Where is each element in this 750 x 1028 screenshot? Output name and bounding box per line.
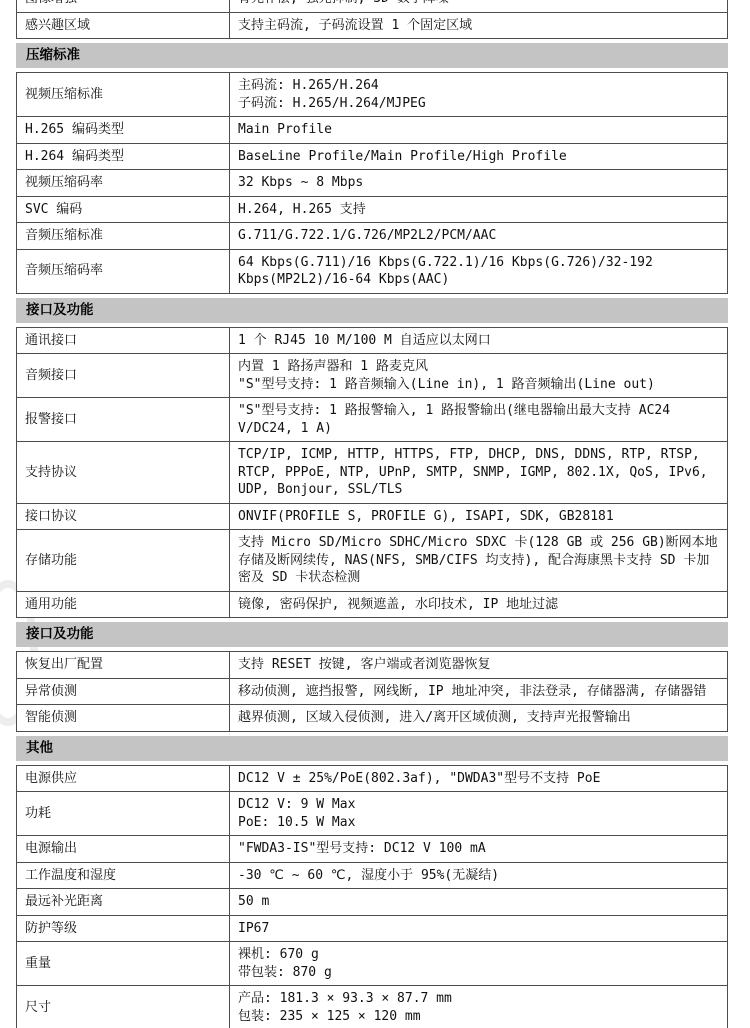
spec-value: 越界侦测, 区域入侵侦测, 进入/离开区域侦测, 支持声光报警输出 [230,705,728,732]
spec-value: ONVIF(PROFILE S, PROFILE G), ISAPI, SDK,… [230,503,728,530]
table-row: 恢复出厂配置支持 RESET 按键, 客户端或者浏览器恢复 [17,652,728,679]
spec-value: "FWDA3-IS"型号支持: DC12 V 100 mA [230,836,728,863]
table-row: 图像增强背光补偿, 强光抑制, 3D 数字降噪 [17,0,728,12]
spec-label: 功耗 [17,792,230,836]
table-row: 存储功能支持 Micro SD/Micro SDHC/Micro SDXC 卡(… [17,530,728,592]
spec-label: 报警接口 [17,398,230,442]
table-row: 音频压缩标准G.711/G.722.1/G.726/MP2L2/PCM/AAC [17,223,728,250]
spec-section-table: 通讯接口1 个 RJ45 10 M/100 M 自适应以太网口音频接口内置 1 … [16,327,728,619]
spec-label: 感兴趣区域 [17,12,230,39]
table-row: SVC 编码H.264, H.265 支持 [17,196,728,223]
table-row: 报警接口"S"型号支持: 1 路报警输入, 1 路报警输出(继电器输出最大支持 … [17,398,728,442]
table-row: 电源供应DC12 V ± 25%/PoE(802.3af), "DWDA3"型号… [17,765,728,792]
spec-section-table: 电源供应DC12 V ± 25%/PoE(802.3af), "DWDA3"型号… [16,765,728,1028]
spec-value: 32 Kbps ~ 8 Mbps [230,170,728,197]
spec-section-table: 恢复出厂配置支持 RESET 按键, 客户端或者浏览器恢复异常侦测移动侦测, 遮… [16,651,728,732]
spec-value: 内置 1 路扬声器和 1 路麦克风 "S"型号支持: 1 路音频输入(Line … [230,354,728,398]
table-row: 视频压缩码率32 Kbps ~ 8 Mbps [17,170,728,197]
table-row: 通讯接口1 个 RJ45 10 M/100 M 自适应以太网口 [17,327,728,354]
spec-value: 1 个 RJ45 10 M/100 M 自适应以太网口 [230,327,728,354]
table-row: 尺寸产品: 181.3 × 93.3 × 87.7 mm 包装: 235 × 1… [17,986,728,1028]
spec-label: SVC 编码 [17,196,230,223]
spec-label: 异常侦测 [17,678,230,705]
spec-value: DC12 V ± 25%/PoE(802.3af), "DWDA3"型号不支持 … [230,765,728,792]
table-row: 智能侦测越界侦测, 区域入侵侦测, 进入/离开区域侦测, 支持声光报警输出 [17,705,728,732]
table-row: 电源输出"FWDA3-IS"型号支持: DC12 V 100 mA [17,836,728,863]
spec-label: 图像增强 [17,0,230,12]
spec-value: DC12 V: 9 W Max PoE: 10.5 W Max [230,792,728,836]
spec-value: TCP/IP, ICMP, HTTP, HTTPS, FTP, DHCP, DN… [230,442,728,504]
spec-value: 64 Kbps(G.711)/16 Kbps(G.722.1)/16 Kbps(… [230,249,728,293]
table-row: 工作温度和湿度-30 ℃ ~ 60 ℃, 湿度小于 95%(无凝结) [17,862,728,889]
spec-value: 支持主码流, 子码流设置 1 个固定区域 [230,12,728,39]
spec-value: 50 m [230,889,728,916]
spec-label: 尺寸 [17,986,230,1028]
spec-label: 防护等级 [17,915,230,942]
spec-label: 电源输出 [17,836,230,863]
spec-table: 图像增强背光补偿, 强光抑制, 3D 数字降噪感兴趣区域支持主码流, 子码流设置… [16,0,728,1028]
table-row: 通用功能镜像, 密码保护, 视频遮盖, 水印技术, IP 地址过滤 [17,591,728,618]
table-row: 接口协议ONVIF(PROFILE S, PROFILE G), ISAPI, … [17,503,728,530]
clipped-row-region: 图像增强背光补偿, 强光抑制, 3D 数字降噪感兴趣区域支持主码流, 子码流设置… [16,0,728,39]
spec-label: 视频压缩标准 [17,73,230,117]
spec-value: 支持 RESET 按键, 客户端或者浏览器恢复 [230,652,728,679]
spec-label: 最远补光距离 [17,889,230,916]
spec-value: -30 ℃ ~ 60 ℃, 湿度小于 95%(无凝结) [230,862,728,889]
spec-label: 音频压缩码率 [17,249,230,293]
spec-value: Main Profile [230,117,728,144]
spec-label: 视频压缩码率 [17,170,230,197]
spec-label: 通用功能 [17,591,230,618]
section-header: 压缩标准 [16,43,728,68]
spec-value: G.711/G.722.1/G.726/MP2L2/PCM/AAC [230,223,728,250]
spec-label: 支持协议 [17,442,230,504]
table-row: 功耗DC12 V: 9 W Max PoE: 10.5 W Max [17,792,728,836]
spec-label: H.264 编码类型 [17,143,230,170]
spec-value: 镜像, 密码保护, 视频遮盖, 水印技术, IP 地址过滤 [230,591,728,618]
table-row: 防护等级IP67 [17,915,728,942]
table-row: 音频压缩码率64 Kbps(G.711)/16 Kbps(G.722.1)/16… [17,249,728,293]
table-row: 异常侦测移动侦测, 遮挡报警, 网线断, IP 地址冲突, 非法登录, 存储器满… [17,678,728,705]
table-row: H.265 编码类型Main Profile [17,117,728,144]
spec-label: 工作温度和湿度 [17,862,230,889]
spec-section-table: 图像增强背光补偿, 强光抑制, 3D 数字降噪感兴趣区域支持主码流, 子码流设置… [16,0,728,39]
spec-label: 接口协议 [17,503,230,530]
spec-label: 音频接口 [17,354,230,398]
spec-value: 背光补偿, 强光抑制, 3D 数字降噪 [230,0,728,12]
spec-value: IP67 [230,915,728,942]
spec-label: 恢复出厂配置 [17,652,230,679]
spec-value: 主码流: H.265/H.264 子码流: H.265/H.264/MJPEG [230,73,728,117]
table-row: 重量裸机: 670 g 带包装: 870 g [17,942,728,986]
spec-value: 产品: 181.3 × 93.3 × 87.7 mm 包装: 235 × 125… [230,986,728,1028]
table-row: 音频接口内置 1 路扬声器和 1 路麦克风 "S"型号支持: 1 路音频输入(L… [17,354,728,398]
spec-value: 裸机: 670 g 带包装: 870 g [230,942,728,986]
spec-label: 存储功能 [17,530,230,592]
spec-section-table: 视频压缩标准主码流: H.265/H.264 子码流: H.265/H.264/… [16,72,728,294]
section-header: 其他 [16,736,728,761]
table-row: 感兴趣区域支持主码流, 子码流设置 1 个固定区域 [17,12,728,39]
spec-label: 通讯接口 [17,327,230,354]
table-row: 支持协议TCP/IP, ICMP, HTTP, HTTPS, FTP, DHCP… [17,442,728,504]
spec-value: H.264, H.265 支持 [230,196,728,223]
spec-value: "S"型号支持: 1 路报警输入, 1 路报警输出(继电器输出最大支持 AC24… [230,398,728,442]
spec-label: 电源供应 [17,765,230,792]
spec-value: BaseLine Profile/Main Profile/High Profi… [230,143,728,170]
spec-value: 支持 Micro SD/Micro SDHC/Micro SDXC 卡(128 … [230,530,728,592]
section-header: 接口及功能 [16,298,728,323]
spec-label: H.265 编码类型 [17,117,230,144]
spec-label: 重量 [17,942,230,986]
spec-page: 图像增强背光补偿, 强光抑制, 3D 数字降噪感兴趣区域支持主码流, 子码流设置… [0,0,750,1028]
spec-value: 移动侦测, 遮挡报警, 网线断, IP 地址冲突, 非法登录, 存储器满, 存储… [230,678,728,705]
table-row: H.264 编码类型BaseLine Profile/Main Profile/… [17,143,728,170]
spec-label: 智能侦测 [17,705,230,732]
table-row: 最远补光距离50 m [17,889,728,916]
table-row: 视频压缩标准主码流: H.265/H.264 子码流: H.265/H.264/… [17,73,728,117]
section-header: 接口及功能 [16,622,728,647]
spec-label: 音频压缩标准 [17,223,230,250]
